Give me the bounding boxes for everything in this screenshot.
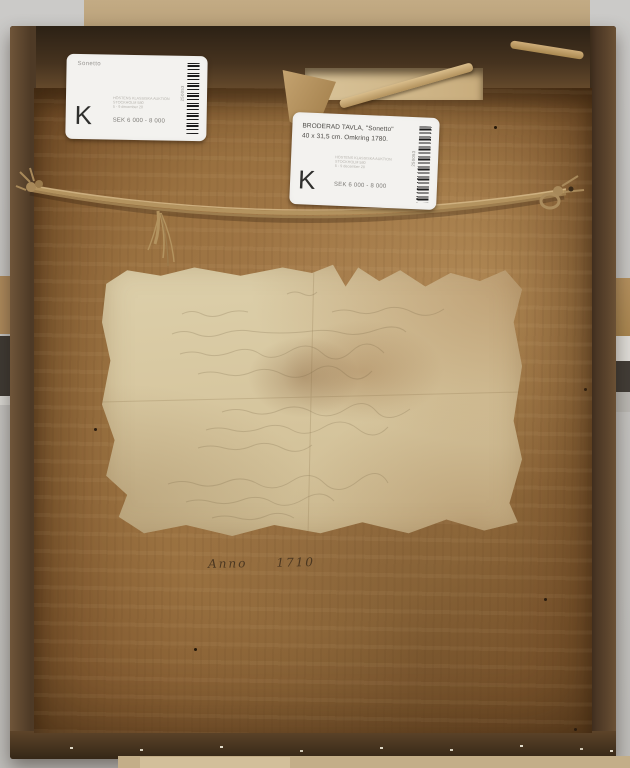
label-title: Sonetto (78, 61, 102, 67)
old-paper-label (102, 262, 522, 536)
frame-right-rail (590, 26, 616, 759)
barcode-icon (186, 63, 199, 134)
faded-handwriting-lines (102, 262, 522, 536)
estimate-text: SEK 6 000 - 8 000 (334, 182, 387, 190)
lot-subtitle: 40 x 31,5 cm. Omkring 1780. (302, 131, 422, 146)
barcode-icon (416, 126, 431, 202)
auction-house-logo: K (74, 102, 92, 128)
estimate-text: SEK 6 000 - 8 000 (113, 118, 166, 125)
date-inscription: Anno 1710 (208, 555, 315, 571)
barcode-number: 250053 (181, 85, 185, 101)
auction-house-logo: K (298, 166, 316, 193)
auction-label-large: BRODERAD TAVLA, "Sonetto" 40 x 31,5 cm. … (289, 112, 440, 210)
frame-left-rail (10, 26, 36, 759)
label-title: BRODERAD TAVLA, "Sonetto" 40 x 31,5 cm. … (302, 121, 423, 145)
photo-back-of-framed-picture: Sonetto K HÖSTENS KLASSISKA AUKTION STOC… (0, 0, 630, 768)
easel-shelf-highlight (140, 757, 290, 768)
auction-info-text: HÖSTENS KLASSISKA AUKTION STOCKHOLM 580 … (113, 97, 170, 111)
paint-specks (70, 747, 73, 749)
barcode-number: 250053 (412, 150, 417, 166)
auction-info-text: HÖSTENS KLASSISKA AUKTION STOCKHOLM 580 … (335, 156, 392, 171)
frame-bottom-rail (10, 731, 616, 759)
auction-label-small: Sonetto K HÖSTENS KLASSISKA AUKTION STOC… (65, 54, 207, 141)
